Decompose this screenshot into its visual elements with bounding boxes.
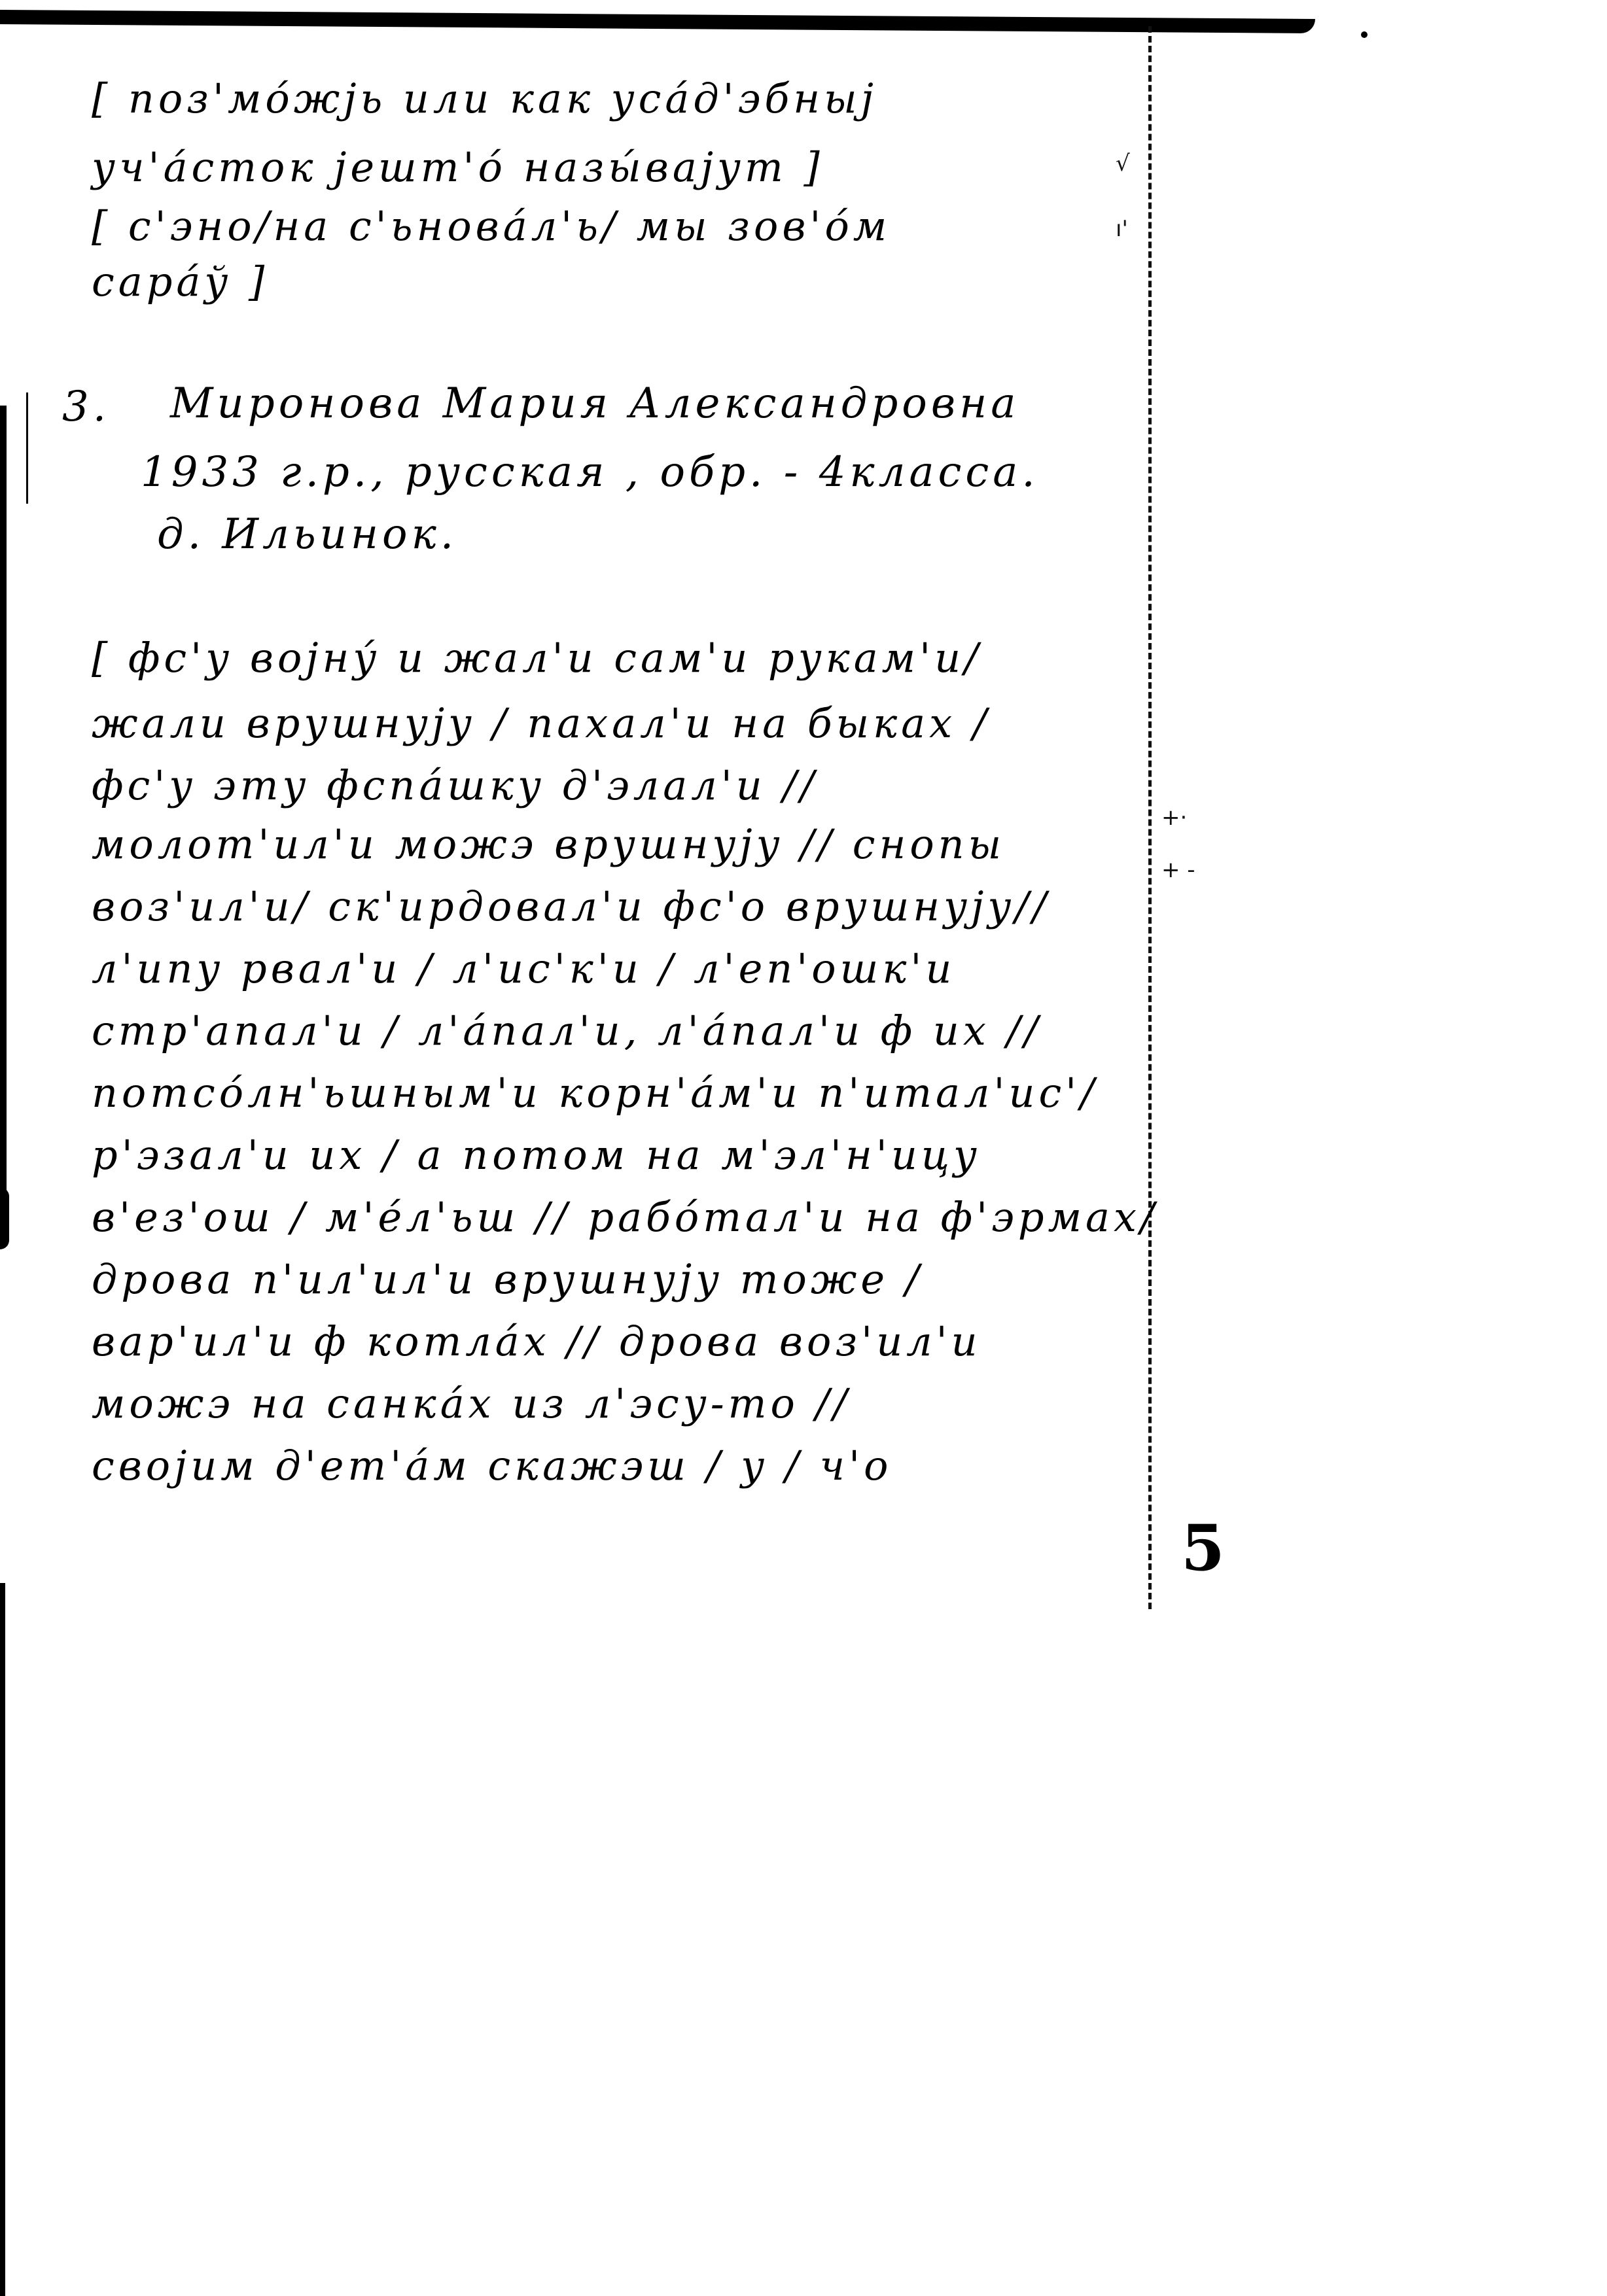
margin-bracket	[26, 392, 31, 504]
transcript-line: дрова п'ил'ил'и врушнуjу тоже /	[92, 1259, 923, 1300]
transcript-line: в'ез'ош / м'е́л'ьш // рабо́тал'и на ф'эр…	[92, 1197, 1158, 1238]
informant-village: д. Ильинок.	[157, 513, 457, 555]
fragment-line: [ поз'мо́жjь или как уса́д'эбныj	[92, 78, 877, 119]
margin-rule	[1148, 26, 1152, 1609]
transcript-line: [ фс'у воjну́ и жал'и сам'и рукам'и/	[92, 638, 982, 678]
fragment-line: [ с'эно/на с'ьнова́л'ь/ мы зов'о́м	[92, 206, 891, 247]
margin-check-mark: √	[1116, 150, 1130, 177]
informant-details: 1933 г.р., русская , обр. - 4класса.	[141, 451, 1039, 493]
transcript-line: молот'ил'и можэ врушнуjу // снопы	[92, 824, 1005, 865]
fragment-line: сара́ў ]	[92, 262, 268, 302]
scan-left-edge-band-lower	[0, 1583, 5, 2296]
scan-speck	[1361, 31, 1368, 38]
transcript-line: вар'ил'и ф котла́х // дрова воз'ил'и	[92, 1321, 981, 1362]
transcript-line: жали врушнуjу / пахал'и на быках /	[92, 703, 991, 744]
transcript-line: р'эзал'и их / а потом на м'эл'н'ицу	[92, 1135, 981, 1175]
page-number: 5	[1181, 1511, 1225, 1585]
transcript-line: л'ипу рвал'и / л'ис'к'и / л'еп'ошк'и	[92, 948, 955, 989]
fragment-line: уч'а́сток jешт'о́ назы́ваjут ]	[92, 147, 824, 188]
transcript-line: потсо́лн'ьшным'и корн'а́м'и п'итал'ис'/	[92, 1073, 1098, 1113]
margin-cross-mark: +·	[1161, 805, 1187, 831]
scan-left-edge-notch	[0, 1187, 9, 1249]
scan-left-edge-band	[0, 406, 7, 1191]
transcript-line: стр'апал'и / л'а́пал'и, л'а́пал'и ф их /…	[92, 1011, 1042, 1051]
transcript-line: фс'у эту фспа́шку д'элал'и //	[92, 765, 818, 806]
informant-name: Миронова Мария Александровна	[170, 383, 1019, 425]
margin-cross-mark: + -	[1161, 857, 1195, 883]
scan-top-edge-band	[0, 10, 1315, 33]
transcript-line: воз'ил'и/ ск'ирдовал'и фс'о врушнуjу//	[92, 886, 1050, 927]
transcript-line: можэ на санка́х из л'эсу-то //	[92, 1383, 851, 1424]
margin-tick-mark: ı'	[1116, 216, 1128, 242]
informant-number: 3.	[62, 386, 110, 428]
transcript-line: своjим д'ет'а́м скажэш / у / ч'о	[92, 1446, 892, 1486]
